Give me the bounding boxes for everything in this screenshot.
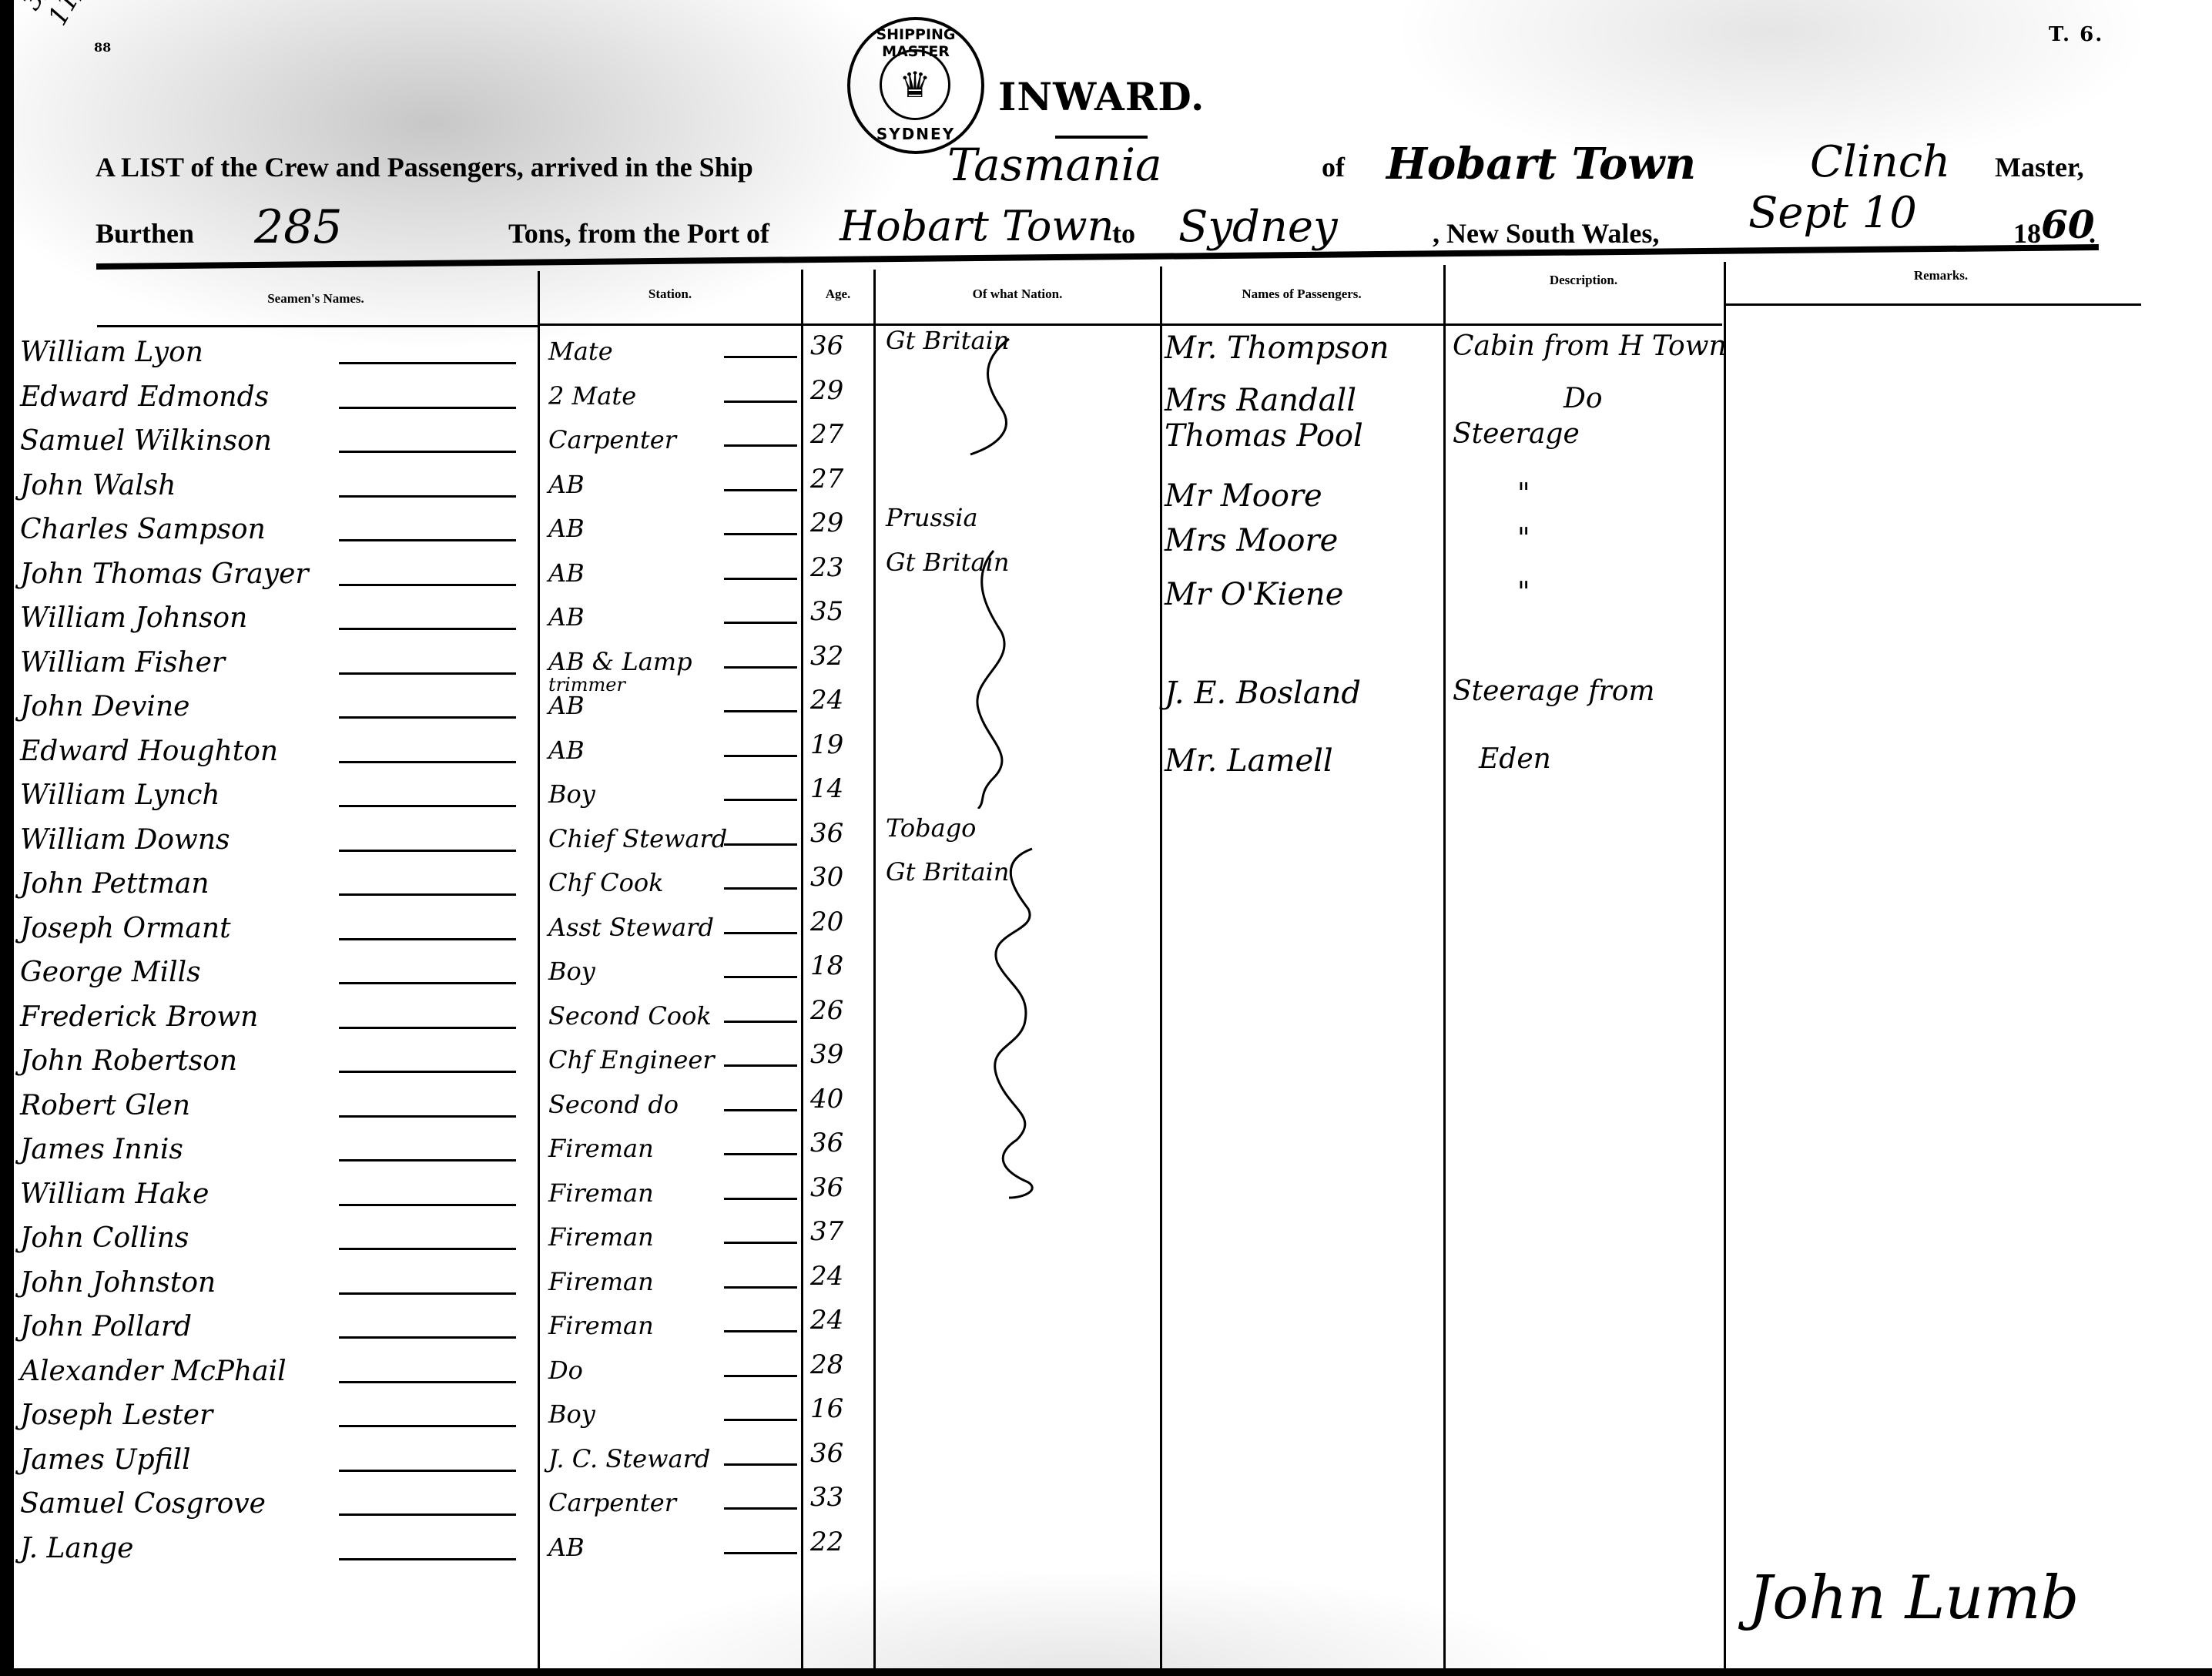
station-value: Second do bbox=[548, 1092, 679, 1117]
seaman-name: William Fisher bbox=[20, 649, 225, 677]
row-dash bbox=[724, 578, 797, 580]
row-dash bbox=[724, 1021, 797, 1023]
age-value: 24 bbox=[810, 1263, 843, 1289]
burthen-label: Burthen bbox=[96, 217, 194, 250]
age-value: 36 bbox=[810, 1440, 843, 1466]
passenger-name: Mr O'Kiene bbox=[1165, 579, 1343, 610]
master-name: Clinch bbox=[1810, 137, 1950, 187]
master-label: Master, bbox=[1995, 151, 2084, 183]
age-value: 18 bbox=[810, 953, 843, 979]
from-port: Hobart Town bbox=[840, 202, 1114, 250]
age-value: 16 bbox=[810, 1396, 843, 1422]
age-value: 32 bbox=[810, 643, 843, 669]
station-value: Fireman bbox=[548, 1181, 654, 1205]
station-value: AB bbox=[548, 693, 585, 718]
year-suffix: 60 bbox=[2041, 202, 2095, 247]
page-title: INWARD. bbox=[998, 74, 1205, 119]
col-remarks: Remarks. bbox=[1725, 268, 2157, 283]
seaman-name: George Mills bbox=[20, 959, 201, 987]
seaman-name: John Robertson bbox=[20, 1047, 237, 1075]
row-dash bbox=[724, 1198, 797, 1200]
seaman-name: Charles Sampson bbox=[20, 516, 266, 544]
station-value: Chief Steward bbox=[548, 826, 727, 851]
to-label: to bbox=[1112, 217, 1135, 250]
row-dash bbox=[339, 1071, 516, 1073]
subheader-rule-names bbox=[97, 325, 538, 327]
burthen-value: 285 bbox=[254, 200, 343, 254]
station-value: Boy bbox=[548, 959, 595, 984]
row-dash bbox=[339, 1292, 516, 1295]
age-value: 28 bbox=[810, 1352, 843, 1378]
master-signature: John Lumb bbox=[1748, 1564, 2079, 1633]
seaman-name: Robert Glen bbox=[20, 1092, 190, 1120]
row-dash bbox=[724, 666, 797, 669]
of-label: of bbox=[1322, 151, 1345, 183]
row-dash bbox=[339, 407, 516, 409]
divider-age bbox=[801, 270, 803, 1668]
age-value: 26 bbox=[810, 997, 843, 1024]
passenger-name: Mr Moore bbox=[1165, 481, 1322, 511]
station-value: AB bbox=[548, 472, 585, 497]
row-dash bbox=[724, 622, 797, 624]
row-dash bbox=[724, 755, 797, 757]
age-value: 40 bbox=[810, 1086, 843, 1112]
row-dash bbox=[724, 401, 797, 403]
seaman-name: William Johnson bbox=[20, 605, 247, 632]
row-dash bbox=[724, 533, 797, 535]
row-dash bbox=[339, 539, 516, 541]
age-value: 35 bbox=[810, 598, 843, 625]
station-value: J. C. Steward bbox=[548, 1446, 710, 1471]
seaman-name: John Johnston bbox=[20, 1269, 216, 1297]
passenger-name: Thomas Pool bbox=[1165, 421, 1363, 451]
row-dash bbox=[339, 362, 516, 364]
station-value: Second Cook bbox=[548, 1004, 712, 1028]
arrival-date: Sept 10 bbox=[1748, 188, 1917, 238]
station-value: Boy bbox=[548, 1402, 595, 1426]
subheader-rule-remarks bbox=[1725, 303, 2141, 306]
shipping-master-stamp: SHIPPING MASTER ♛ SYDNEY bbox=[847, 17, 984, 154]
margin-number: 88 bbox=[94, 40, 111, 55]
row-dash bbox=[724, 1109, 797, 1111]
station-value: Chf Engineer bbox=[548, 1047, 715, 1072]
subheader-rule-middle bbox=[539, 323, 1722, 326]
seaman-name: Frederick Brown bbox=[20, 1004, 258, 1031]
age-value: 19 bbox=[810, 732, 843, 758]
age-value: 39 bbox=[810, 1041, 843, 1068]
nation-value: Tobago bbox=[886, 816, 976, 840]
age-value: 36 bbox=[810, 1175, 843, 1201]
passenger-description: Steerage from bbox=[1453, 678, 1655, 706]
row-dash bbox=[339, 1558, 516, 1560]
ditto-wave-mark-3 bbox=[970, 847, 1086, 1202]
row-dash bbox=[724, 1330, 797, 1332]
row-dash bbox=[724, 1064, 797, 1067]
row-dash bbox=[339, 1513, 516, 1516]
col-passenger-names: Names of Passengers. bbox=[1160, 287, 1443, 302]
seaman-name: William Downs bbox=[20, 826, 230, 854]
seaman-name: William Hake bbox=[20, 1181, 209, 1208]
nsw-label: , New South Wales, bbox=[1433, 217, 1659, 250]
tons-label: Tons, from the Port of bbox=[508, 217, 769, 250]
seaman-name: Samuel Wilkinson bbox=[20, 427, 272, 455]
row-dash bbox=[339, 1381, 516, 1383]
row-dash bbox=[339, 1425, 516, 1427]
seaman-name: Joseph Lester bbox=[20, 1402, 213, 1430]
age-value: 37 bbox=[810, 1218, 843, 1245]
row-dash bbox=[724, 1242, 797, 1244]
list-prefix: A LIST of the Crew and Passengers, arriv… bbox=[96, 151, 753, 183]
age-value: 24 bbox=[810, 1307, 843, 1333]
row-dash bbox=[724, 1375, 797, 1377]
station-value: Fireman bbox=[548, 1136, 654, 1161]
seaman-name: John Pettman bbox=[20, 870, 209, 898]
row-dash bbox=[339, 1336, 516, 1339]
col-description: Description. bbox=[1443, 273, 1724, 288]
row-dash bbox=[724, 356, 797, 358]
age-value: 36 bbox=[810, 820, 843, 846]
col-nation: Of what Nation. bbox=[875, 287, 1160, 302]
station-value: AB bbox=[548, 561, 585, 585]
divider-nation bbox=[873, 270, 876, 1668]
station-value: AB bbox=[548, 1535, 585, 1560]
scan-left-edge bbox=[0, 0, 14, 1676]
row-dash bbox=[339, 495, 516, 498]
row-dash bbox=[339, 1159, 516, 1161]
age-value: 24 bbox=[810, 687, 843, 713]
divider-passengers bbox=[1160, 266, 1162, 1668]
seaman-name: John Pollard bbox=[20, 1313, 192, 1341]
divider-remarks bbox=[1724, 262, 1726, 1668]
row-dash bbox=[339, 893, 516, 896]
age-value: 20 bbox=[810, 909, 843, 935]
row-dash bbox=[339, 1027, 516, 1029]
row-dash bbox=[724, 887, 797, 890]
row-dash bbox=[339, 716, 516, 719]
seaman-name: Samuel Cosgrove bbox=[20, 1490, 266, 1518]
age-value: 36 bbox=[810, 1130, 843, 1156]
station-value: Carpenter bbox=[548, 1490, 676, 1515]
row-dash bbox=[724, 1463, 797, 1466]
age-value: 30 bbox=[810, 864, 843, 890]
row-dash bbox=[724, 710, 797, 712]
passenger-name: J. E. Bosland bbox=[1165, 678, 1361, 709]
seaman-name: Joseph Ormant bbox=[20, 915, 231, 943]
seaman-name: John Thomas Grayer bbox=[20, 561, 309, 588]
seaman-name: James Innis bbox=[20, 1136, 183, 1164]
row-dash bbox=[339, 451, 516, 453]
row-dash bbox=[724, 932, 797, 934]
seaman-name: William Lynch bbox=[20, 782, 220, 810]
row-dash bbox=[339, 1115, 516, 1118]
row-dash bbox=[724, 1507, 797, 1510]
station-value: Carpenter bbox=[548, 427, 676, 452]
row-dash bbox=[339, 850, 516, 852]
row-dash bbox=[339, 1470, 516, 1472]
station-value: Asst Steward bbox=[548, 915, 714, 940]
row-dash bbox=[724, 799, 797, 801]
passenger-name: Mrs Randall bbox=[1165, 385, 1356, 416]
seaman-name: John Collins bbox=[20, 1225, 189, 1252]
row-dash bbox=[724, 976, 797, 978]
row-dash bbox=[724, 1153, 797, 1155]
passenger-name: Mrs Moore bbox=[1165, 525, 1338, 556]
ship-of-port: Hobart Town bbox=[1386, 139, 1696, 189]
col-station: Station. bbox=[539, 287, 801, 302]
station-value: Fireman bbox=[548, 1313, 654, 1338]
station-value: AB bbox=[548, 516, 585, 541]
row-dash bbox=[339, 672, 516, 675]
passenger-description: Steerage bbox=[1453, 421, 1580, 448]
age-value: 36 bbox=[810, 333, 843, 359]
station-value: Chf Cook bbox=[548, 870, 664, 895]
ditto-wave-mark-1 bbox=[955, 331, 1047, 462]
passenger-description: Eden bbox=[1479, 746, 1551, 773]
row-dash bbox=[724, 843, 797, 846]
seaman-name: Alexander McPhail bbox=[20, 1358, 287, 1386]
passenger-description: Do bbox=[1563, 385, 1603, 413]
row-dash bbox=[724, 489, 797, 491]
row-dash bbox=[339, 761, 516, 763]
row-dash bbox=[724, 1419, 797, 1421]
row-dash bbox=[339, 628, 516, 630]
passenger-name: Mr. Thompson bbox=[1165, 333, 1389, 364]
passenger-description: " bbox=[1517, 525, 1530, 553]
station-value: Mate bbox=[548, 339, 613, 364]
divider-station bbox=[538, 271, 540, 1668]
age-value: 23 bbox=[810, 555, 843, 581]
to-port: Sydney bbox=[1178, 202, 1338, 252]
form-code: T. 6. bbox=[2049, 23, 2103, 46]
ship-name: Tasmania bbox=[947, 139, 1162, 191]
age-value: 27 bbox=[810, 421, 843, 447]
station-value: Do bbox=[548, 1358, 583, 1383]
col-age: Age. bbox=[803, 287, 873, 302]
row-dash bbox=[339, 584, 516, 586]
nation-value: Prussia bbox=[886, 505, 978, 530]
row-dash bbox=[339, 982, 516, 984]
row-dash bbox=[339, 938, 516, 940]
row-dash bbox=[724, 444, 797, 447]
station-value: Fireman bbox=[548, 1225, 654, 1249]
col-seamens-names: Seamen's Names. bbox=[100, 291, 531, 307]
passenger-description: " bbox=[1517, 579, 1530, 607]
seaman-name: J. Lange bbox=[20, 1535, 133, 1563]
age-value: 29 bbox=[810, 377, 843, 404]
row-dash bbox=[724, 1286, 797, 1289]
station-value: AB bbox=[548, 738, 585, 763]
passenger-description: " bbox=[1517, 481, 1530, 508]
seaman-name: John Devine bbox=[20, 693, 189, 721]
station-value: Boy bbox=[548, 782, 595, 806]
divider-description bbox=[1443, 265, 1446, 1668]
document-page: 3/11 11/9/60 88 T. 6. SHIPPING MASTER ♛ … bbox=[0, 0, 2212, 1676]
passenger-name: Mr. Lamell bbox=[1165, 746, 1333, 776]
ditto-wave-mark-2 bbox=[947, 547, 1040, 809]
scan-bottom-edge bbox=[0, 1668, 2212, 1676]
station-value: AB bbox=[548, 605, 585, 629]
age-value: 14 bbox=[810, 776, 843, 802]
row-dash bbox=[339, 1204, 516, 1206]
seaman-name: Edward Houghton bbox=[20, 738, 278, 766]
age-value: 22 bbox=[810, 1529, 843, 1555]
seaman-name: John Walsh bbox=[20, 472, 176, 500]
passenger-description: Cabin from H Town bbox=[1453, 333, 1727, 360]
station-value: AB & Lamp bbox=[548, 649, 692, 674]
seaman-name: James Upfill bbox=[20, 1446, 191, 1474]
row-dash bbox=[339, 1248, 516, 1250]
row-dash bbox=[724, 1552, 797, 1554]
station-value: Fireman bbox=[548, 1269, 654, 1294]
crown-icon: ♛ bbox=[880, 49, 950, 120]
age-value: 33 bbox=[810, 1484, 843, 1510]
age-value: 27 bbox=[810, 466, 843, 492]
seaman-name: William Lyon bbox=[20, 339, 203, 367]
station-value: 2 Mate bbox=[548, 384, 636, 408]
margin-annotation: 3/11 11/9/60 bbox=[15, 0, 165, 46]
age-value: 29 bbox=[810, 510, 843, 536]
row-dash bbox=[339, 805, 516, 807]
seaman-name: Edward Edmonds bbox=[20, 384, 269, 411]
